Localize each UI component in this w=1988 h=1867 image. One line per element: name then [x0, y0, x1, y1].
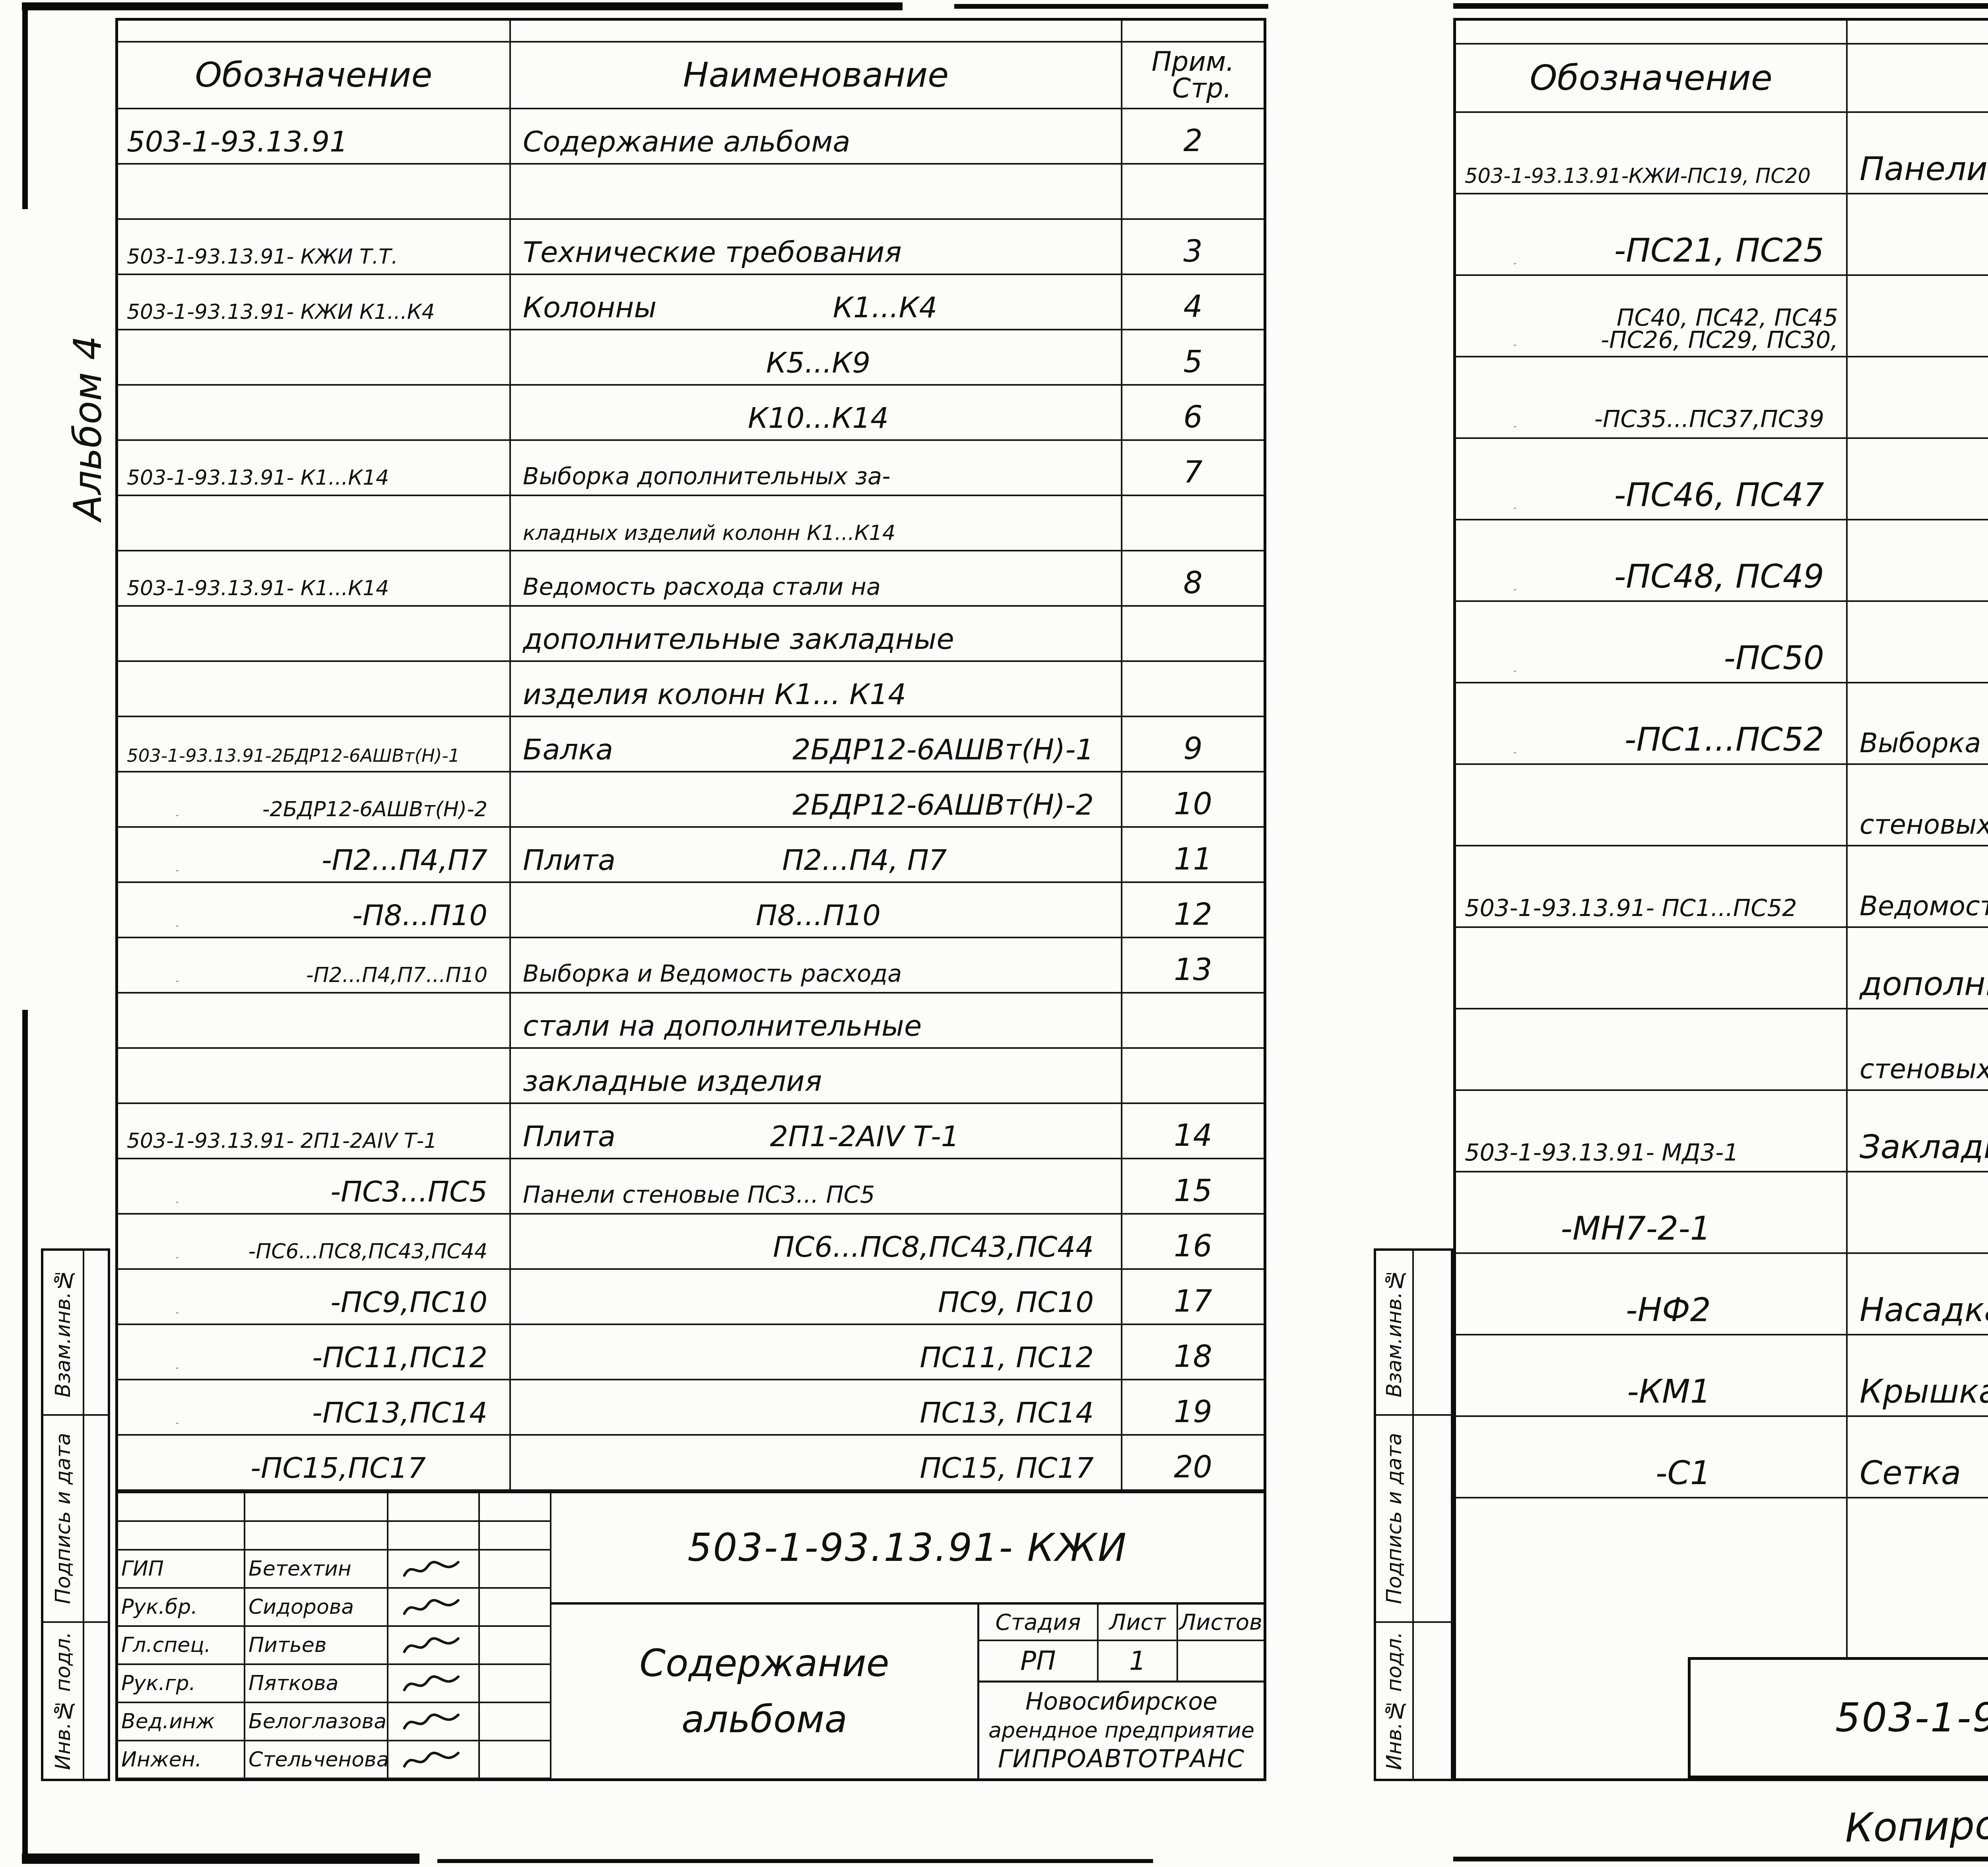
page-cell: 19 [1122, 1380, 1264, 1436]
page-cell [1122, 662, 1264, 717]
header-label: Наименование [683, 58, 949, 92]
page-number: 18 [1174, 1339, 1212, 1374]
name-cell: МН7-2-1 [1848, 1172, 1988, 1254]
name-text: Сетка [1860, 1454, 1961, 1492]
designation-text: -П8...П10 [352, 899, 505, 932]
name-text: изделия колонн К1... К14 [523, 677, 906, 711]
signer-date-cell [480, 1741, 551, 1779]
signature-mark [394, 1556, 470, 1582]
page-cell: 17 [1122, 1270, 1264, 1325]
stamp-label: Взам.инв.№ [51, 1268, 75, 1397]
designation-cell: 503-1-93.13.91-КЖИ-ПС19, ПС20 [1456, 113, 1848, 194]
page-number: 14 [1174, 1118, 1212, 1153]
signer-name: Бетехтин [245, 1551, 388, 1589]
signer-role: ГИП [118, 1551, 245, 1589]
signature-grid: ГИПБетехтинРук.бр.СидороваГл.спец.Питьев… [118, 1493, 551, 1778]
left-title-block: ГИПБетехтинРук.бр.СидороваГл.спец.Питьев… [118, 1491, 1264, 1778]
designation-cell: 503-1-93.13.91 [118, 109, 511, 165]
designation-cell: ″-ПС1...ПС52 [1456, 683, 1848, 765]
designation-text: 503-1-93.13.91- 2П1-2АIV Т-1 [127, 1129, 437, 1153]
page-number: 2 [1183, 123, 1202, 158]
designation-cell: 503-1-93.13.91- КЖИ К1...К4 [118, 275, 511, 330]
signer-name: Питьев [245, 1627, 388, 1665]
header-label: Стр. [1172, 75, 1232, 102]
page-cell: 18 [1122, 1325, 1264, 1380]
name-text: Технические требования [523, 235, 902, 269]
designation-cell: ″-ПС11,ПС12 [118, 1325, 511, 1380]
name-text: закладные изделия [523, 1064, 822, 1098]
designation-text: -2БДР12-6АШВт(Н)-2 [262, 798, 505, 821]
signer-name-text: Белоглазова [248, 1710, 386, 1733]
designation-cell: ″-2БДР12-6АШВт(Н)-2 [118, 772, 511, 828]
page-number: 15 [1174, 1173, 1212, 1208]
title-block-empty-cell [480, 1522, 551, 1551]
signer-role-text: Рук.бр. [121, 1595, 198, 1619]
designation-cell: ″-П2...П4,П7...П10 [118, 938, 511, 994]
page-number: 9 [1183, 731, 1202, 766]
table-column-line [1846, 1498, 1848, 1657]
column-header-name: Наименование [511, 43, 1122, 109]
signer-signature [388, 1703, 480, 1741]
page-number: 20 [1174, 1449, 1212, 1485]
signer-role-text: Инжен. [121, 1748, 202, 1772]
designation-text: -С1 [1656, 1454, 1842, 1492]
designation-cell: -ПС15,ПС17 [118, 1436, 511, 1491]
scan-artifact [22, 1010, 28, 1861]
stamp-label: Подпись и дата [51, 1433, 75, 1604]
signer-role-text: Рук.гр. [121, 1671, 196, 1695]
name-cell: ПлитаП2...П4, П7 [511, 828, 1122, 883]
name-cell: изделия колонн К1... К14 [511, 662, 1122, 717]
column-header-name: Наименование [1848, 45, 1988, 113]
designation-text: -ПС1...ПС52 [1625, 721, 1842, 759]
page-cell [1122, 994, 1264, 1049]
name-cell: Выборка и Ведомость расхода [511, 938, 1122, 994]
page-cell: 9 [1122, 717, 1264, 772]
signer-name: Стельченова [245, 1741, 388, 1779]
column-header-designation: Обозначение [118, 43, 511, 109]
signer-role-text: Вед.инж [121, 1710, 215, 1733]
left-sheet-frame: ОбозначениеНаименованиеПрим.Стр.503-1-93… [115, 18, 1266, 1781]
name-cell [511, 165, 1122, 220]
designation-cell: 503-1-93.13.91- МД3-1 [1456, 1091, 1848, 1172]
designation-text: -ПС21, ПС25 [1614, 232, 1842, 270]
name-cell: НасадкаНФ2 [1848, 1254, 1988, 1335]
ditto-mark: ″ [176, 980, 177, 987]
designation-text: -НФ2 [1626, 1291, 1842, 1329]
signer-role: Вед.инж [118, 1703, 245, 1741]
designation-cell: 503-1-93.13.91- 2П1-2АIV Т-1 [118, 1104, 511, 1159]
name-cell: КолонныК1...К4 [511, 275, 1122, 330]
ditto-mark: ″ [1514, 344, 1514, 351]
sheet-value: 1 [1099, 1641, 1178, 1683]
ditto-mark: ″ [1514, 262, 1514, 270]
name-text-centered: К1...К4 [833, 291, 938, 324]
name-cell: Выборка дополнительных за- [511, 441, 1122, 496]
name-cell: кладных изделий колонн К1...К14 [511, 496, 1122, 551]
page-cell: 16 [1122, 1215, 1264, 1270]
header-label: Обозначение [1530, 60, 1773, 95]
name-text: дополнительные закладные [1860, 965, 1988, 1003]
name-cell: дополнительные закладные [511, 607, 1122, 662]
scan-artifact [22, 2, 28, 209]
signer-signature [388, 1627, 480, 1665]
signer-role-text: Гл.спец. [121, 1633, 211, 1657]
page-cell [1122, 496, 1264, 551]
name-cell: закладные изделия [511, 1049, 1122, 1104]
album-title-line1: Содержание [639, 1636, 889, 1692]
name-cell: стеновых панелей ПС1... ПС52 [1848, 765, 1988, 846]
ditto-mark: ″ [1514, 670, 1514, 677]
name-cell: ПС35...ПС37, ПС39 [1848, 357, 1988, 439]
designation-cell [1456, 1009, 1848, 1091]
name-text: Ведомость расхода стали на [523, 573, 881, 600]
page-cell: 11 [1122, 828, 1264, 883]
designation-top-line: ПС40, ПС42, ПС45 [1601, 307, 1838, 329]
album-title-line2: альбома [681, 1692, 847, 1748]
signer-date-cell [480, 1589, 551, 1627]
title-block-main: 503-1-93.13.91- КЖИ Содержание альбома С… [551, 1493, 1264, 1778]
name-text: Выборка дополнительных за- [523, 462, 891, 490]
designation-text: 503-1-93.13.91- МД3-1 [1465, 1139, 1739, 1166]
page-number: 17 [1174, 1283, 1212, 1319]
name-text-right: 2БДР12-6АШВт(Н)-2 [792, 788, 1114, 821]
designation-text: 503-1-93.13.91- КЖИ К1...К4 [127, 300, 435, 324]
page-cell [1122, 165, 1264, 220]
page-cell: 7 [1122, 441, 1264, 496]
designation-cell [118, 386, 511, 441]
signature-mark [394, 1709, 470, 1734]
name-cell: ПС21,ПС25 [1848, 194, 1988, 276]
name-text: Панели стеновые [1860, 150, 1988, 188]
name-cell: Ведомость расхода стали на [511, 551, 1122, 607]
page-cell: 20 [1122, 1436, 1264, 1491]
ditto-mark: ″ [1514, 751, 1514, 759]
designation-cell: -С1 [1456, 1417, 1848, 1498]
name-cell: Ведомость расхода стали на [1848, 846, 1988, 928]
designation-text: 503-1-93.13.91-2БДР12-6АШВт(Н)-1 [127, 745, 460, 766]
designation-cell: ″-П8...П10 [118, 883, 511, 938]
signer-name: Сидорова [245, 1589, 388, 1627]
ditto-mark: ″ [1514, 507, 1514, 514]
name-text: Колонны [523, 291, 656, 324]
signer-name-text: Пяткова [248, 1671, 338, 1695]
name-text: Насадка [1860, 1291, 1988, 1329]
name-text: Крышка металлическая КМ1 [1860, 1373, 1988, 1411]
designation-cell: ″-ПС6...ПС8,ПС43,ПС44 [118, 1215, 511, 1270]
scan-artifact [22, 1853, 419, 1864]
page-number: 8 [1183, 565, 1202, 600]
designation-text: 503-1-93.13.91 [127, 125, 348, 158]
name-cell: ПС46, ПС47 [1848, 439, 1988, 520]
designation-cell: ″-ПС13,ПС14 [118, 1380, 511, 1436]
designation-text: -ПС9,ПС10 [330, 1285, 505, 1319]
page-number: 13 [1174, 952, 1212, 987]
designation-text: -ПС11,ПС12 [312, 1341, 505, 1374]
page-number: 5 [1183, 344, 1202, 379]
designation-cell [1456, 928, 1848, 1009]
page-cell: 15 [1122, 1159, 1264, 1215]
designation-text: -МН7-2-1 [1561, 1210, 1842, 1248]
organization-name: Новосибирское арендное предприятие ГИПРО… [979, 1683, 1264, 1778]
title-block-empty-cell [118, 1522, 245, 1551]
page-cell: 13 [1122, 938, 1264, 994]
signature-mark [394, 1671, 470, 1696]
designation-text: -ПС6...ПС8,ПС43,ПС44 [248, 1240, 505, 1263]
name-text: стеновых панелей ПС1...ПС52 [1860, 1054, 1988, 1085]
page-cell: 8 [1122, 551, 1264, 607]
left-margin-stamp: Взам.инв.№ Подпись и дата Инв.№ подл. [41, 1248, 110, 1781]
name-cell: ПС11, ПС12 [511, 1325, 1122, 1380]
signature-mark [394, 1594, 470, 1620]
designation-cell [118, 994, 511, 1049]
name-cell: К10...К14 [511, 386, 1122, 441]
designation-text: -П2...П4,П7 [322, 843, 505, 877]
right-sheet-frame: ОбозначениеНаименованиеПрим.Стр.503-1-93… [1453, 18, 1988, 1781]
name-cell: стали на дополнительные [511, 994, 1122, 1049]
ditto-mark: ″ [1514, 588, 1514, 596]
name-cell: ПС15, ПС17 [511, 1436, 1122, 1491]
name-text: стеновых панелей ПС1... ПС52 [1860, 809, 1988, 840]
name-text-centered: К10...К14 [748, 401, 889, 435]
name-text-centered: 2П1-2АIV Т-1 [770, 1120, 959, 1153]
name-text: Содержание альбома [523, 125, 850, 158]
table-top-strip [1456, 21, 1848, 45]
name-text: Балка [523, 733, 613, 766]
signer-name: Белоглазова [245, 1703, 388, 1741]
designation-text: 503-1-93.13.91- К1...К14 [127, 576, 389, 600]
name-text: дополнительные закладные [523, 622, 954, 656]
signer-signature [388, 1589, 480, 1627]
ditto-mark: ″ [176, 1422, 177, 1429]
page-number: 16 [1174, 1228, 1212, 1263]
scan-artifact [22, 2, 903, 10]
page-cell: 2 [1122, 109, 1264, 165]
designation-cell: ″-ПС21, ПС25 [1456, 194, 1848, 276]
name-text: Панели стеновые ПС3... ПС5 [523, 1181, 875, 1208]
column-header-designation: Обозначение [1456, 45, 1848, 113]
doc-number: 503-1-93.13.91- КЖИ [551, 1493, 1264, 1605]
designation-cell: -НФ2 [1456, 1254, 1848, 1335]
stamp-label: Подпись и дата [1382, 1433, 1406, 1604]
header-label: Прим. [1151, 49, 1234, 75]
page-cell: 10 [1122, 772, 1264, 828]
signer-role: Инжен. [118, 1741, 245, 1779]
ditto-mark: ″ [176, 1366, 177, 1374]
designation-cell: -КМ1 [1456, 1335, 1848, 1417]
table-top-strip [1122, 21, 1264, 43]
signer-date-cell [480, 1703, 551, 1741]
scanned-drawing-spread: Альбом 4 ОбозначениеНаименованиеПрим.Стр… [0, 0, 1988, 1867]
designation-text: 503-1-93.13.91- К1...К14 [127, 466, 389, 490]
scan-artifact [1453, 1857, 1988, 1861]
page-number: 3 [1183, 233, 1202, 269]
title-block-empty-cell [245, 1493, 388, 1522]
sheets-value [1178, 1641, 1264, 1683]
designation-text: 503-1-93.13.91- ПС1...ПС52 [1465, 894, 1797, 922]
designation-cell: ″-ПС50 [1456, 602, 1848, 683]
name-cell: Закладное изделие МД3-1 [1848, 1091, 1988, 1172]
name-cell: дополнительные закладные [1848, 928, 1988, 1009]
designation-cell: 503-1-93.13.91-2БДР12-6АШВт(Н)-1 [118, 717, 511, 772]
name-cell: ПС6...ПС8,ПС43,ПС44 [511, 1215, 1122, 1270]
page-number: 7 [1183, 454, 1202, 490]
name-text-right: ПС15, ПС17 [920, 1451, 1114, 1485]
page-cell [1122, 1049, 1264, 1104]
designation-text: 503-1-93.13.91-КЖИ-ПС19, ПС20 [1465, 165, 1811, 188]
signer-name-text: Питьев [248, 1633, 326, 1657]
name-text-centered: К5...К9 [766, 346, 871, 379]
name-cell: П8...П10 [511, 883, 1122, 938]
header-label: Обозначение [195, 58, 433, 92]
designation-cell: 503-1-93.13.91- КЖИ Т.Т. [118, 220, 511, 275]
stage-label: Стадия [979, 1605, 1099, 1641]
designation-cell [118, 662, 511, 717]
page-cell [1122, 607, 1264, 662]
name-text: стали на дополнительные [523, 1009, 922, 1042]
footer-doc-number: 503-1-93.13.91- КЖИ [1691, 1660, 1988, 1776]
name-cell: СеткаС1 [1848, 1417, 1988, 1498]
page-cell: 5 [1122, 330, 1264, 386]
name-cell: ПС48, ПС49 [1848, 520, 1988, 602]
copy-format-note: Копирова Севастьянова Формат А2 [1844, 1789, 1988, 1851]
table-top-strip [118, 21, 511, 43]
designation-cell: -МН7-2-1 [1456, 1172, 1848, 1254]
name-text: Выборка и Ведомость расхода [523, 960, 902, 987]
designation-text: -ПС26, ПС29, ПС30, [1601, 329, 1838, 351]
name-cell: ПС9, ПС10 [511, 1270, 1122, 1325]
stage-value: РП [979, 1641, 1099, 1683]
title-block-empty-cell [245, 1522, 388, 1551]
signer-role: Рук.гр. [118, 1665, 245, 1703]
designation-cell [118, 165, 511, 220]
designation-cell: 503-1-93.13.91- К1...К14 [118, 551, 511, 607]
name-text: кладных изделий колонн К1...К14 [523, 521, 895, 545]
signer-role-text: ГИП [121, 1557, 164, 1581]
signer-name-text: Стельченова [248, 1748, 388, 1772]
name-text-right: ПС13, ПС14 [920, 1396, 1114, 1429]
designation-text: -ПС13,ПС14 [312, 1396, 505, 1429]
designation-text: -ПС15,ПС17 [250, 1451, 505, 1485]
designation-text: -ПС3...ПС5 [330, 1175, 505, 1208]
ditto-mark: ″ [1514, 425, 1514, 433]
title-block-empty-cell [118, 1493, 245, 1522]
page-cell: 14 [1122, 1104, 1264, 1159]
designation-text: -ПС48, ПС49 [1614, 558, 1842, 596]
page-number: 10 [1174, 786, 1212, 821]
name-cell: Панели стеновыеПС19, ПС20 [1848, 113, 1988, 194]
signer-role: Рук.бр. [118, 1589, 245, 1627]
stamp-label: Взам.инв.№ [1382, 1268, 1406, 1397]
name-text-centered: П8...П10 [756, 899, 881, 932]
page-number: 11 [1174, 841, 1212, 877]
ditto-mark: ″ [176, 814, 177, 821]
signer-name-text: Сидорова [248, 1595, 354, 1619]
name-text-right: ПС11, ПС12 [920, 1341, 1114, 1374]
designation-text: -КМ1 [1627, 1373, 1842, 1411]
page-number: 12 [1174, 897, 1212, 932]
name-text: Плита [523, 1120, 615, 1153]
right-footer-bar: 503-1-93.13.91- КЖИ Лист 2 [1688, 1657, 1988, 1778]
scan-artifact [1453, 3, 1988, 9]
designation-text: -ПС46, ПС47 [1614, 476, 1842, 514]
signature-mark [394, 1632, 470, 1658]
name-cell: ПС13, ПС14 [511, 1380, 1122, 1436]
name-cell: К5...К9 [511, 330, 1122, 386]
page-cell: 12 [1122, 883, 1264, 938]
table-top-strip [511, 21, 1122, 43]
name-text-right: 2БДР12-6АШВт(Н)-1 [792, 733, 1114, 766]
name-cell: 2БДР12-6АШВт(Н)-2 [511, 772, 1122, 828]
title-block-empty-cell [388, 1493, 480, 1522]
signer-name: Пяткова [245, 1665, 388, 1703]
signature-mark [394, 1747, 470, 1772]
stamp-label: Инв.№ подл. [1382, 1632, 1406, 1770]
name-text: Выборка закладных изделий [1860, 728, 1988, 759]
sheets-label: Листов [1178, 1605, 1264, 1641]
signer-signature [388, 1665, 480, 1703]
name-text: Ведомость расхода стали на [1860, 891, 1988, 922]
right-contents-table: ОбозначениеНаименованиеПрим.Стр.503-1-93… [1456, 21, 1988, 1498]
ditto-mark: ″ [176, 1311, 177, 1319]
page-cell: 4 [1122, 275, 1264, 330]
name-text-centered: П2...П4, П7 [782, 843, 947, 877]
name-cell: Крышка металлическая КМ1 [1848, 1335, 1988, 1417]
signer-signature [388, 1741, 480, 1779]
name-cell: Содержание альбома [511, 109, 1122, 165]
designation-cell: ″-П2...П4,П7 [118, 828, 511, 883]
designation-stack: ПС40, ПС42, ПС45-ПС26, ПС29, ПС30, [1601, 307, 1842, 351]
name-text: Плита [523, 843, 615, 877]
signer-date-cell [480, 1665, 551, 1703]
scan-artifact [437, 1859, 1153, 1863]
designation-text: -ПС35...ПС37,ПС39 [1594, 405, 1842, 433]
title-block-empty-cell [480, 1493, 551, 1522]
right-margin-stamp: Взам.инв.№ Подпись и дата Инв.№ подл. [1374, 1248, 1453, 1781]
name-text-right: ПС6...ПС8,ПС43,ПС44 [773, 1230, 1114, 1263]
ditto-mark: ″ [176, 1256, 177, 1263]
designation-text: 503-1-93.13.91- КЖИ Т.Т. [127, 245, 398, 269]
page-number: 6 [1183, 399, 1202, 435]
designation-cell [118, 330, 511, 386]
designation-cell: ″-ПС9,ПС10 [118, 1270, 511, 1325]
ditto-mark: ″ [176, 1201, 177, 1208]
name-cell: стеновых панелей ПС1...ПС52 [1848, 1009, 1988, 1091]
designation-cell [118, 496, 511, 551]
designation-cell [118, 1049, 511, 1104]
signer-name-text: Бетехтин [248, 1557, 351, 1581]
sheet-label: Лист [1099, 1605, 1178, 1641]
signer-date-cell [480, 1551, 551, 1589]
designation-cell: ″ПС40, ПС42, ПС45-ПС26, ПС29, ПС30, [1456, 276, 1848, 357]
page-cell: 3 [1122, 220, 1264, 275]
table-top-strip [1848, 21, 1988, 45]
ditto-mark: ″ [176, 924, 177, 932]
designation-cell: ″-ПС35...ПС37,ПС39 [1456, 357, 1848, 439]
name-cell: ПС26,ПС29,ПС30,ПС40 ПС42,ПС45 [1848, 276, 1988, 357]
stamp-label: Инв.№ подл. [51, 1632, 75, 1770]
designation-cell: 503-1-93.13.91- ПС1...ПС52 [1456, 846, 1848, 928]
scan-artifact [954, 4, 1268, 9]
name-cell: Плита2П1-2АIV Т-1 [511, 1104, 1122, 1159]
name-cell: Технические требования [511, 220, 1122, 275]
title-block-empty-cell [388, 1522, 480, 1551]
name-cell: Панели стеновые ПС3... ПС5 [511, 1159, 1122, 1215]
name-text: Закладное изделие МД3-1 [1860, 1128, 1988, 1166]
designation-text: -ПС50 [1724, 639, 1842, 677]
name-cell: ПС50 [1848, 602, 1988, 683]
name-cell: Выборка закладных изделий [1848, 683, 1988, 765]
